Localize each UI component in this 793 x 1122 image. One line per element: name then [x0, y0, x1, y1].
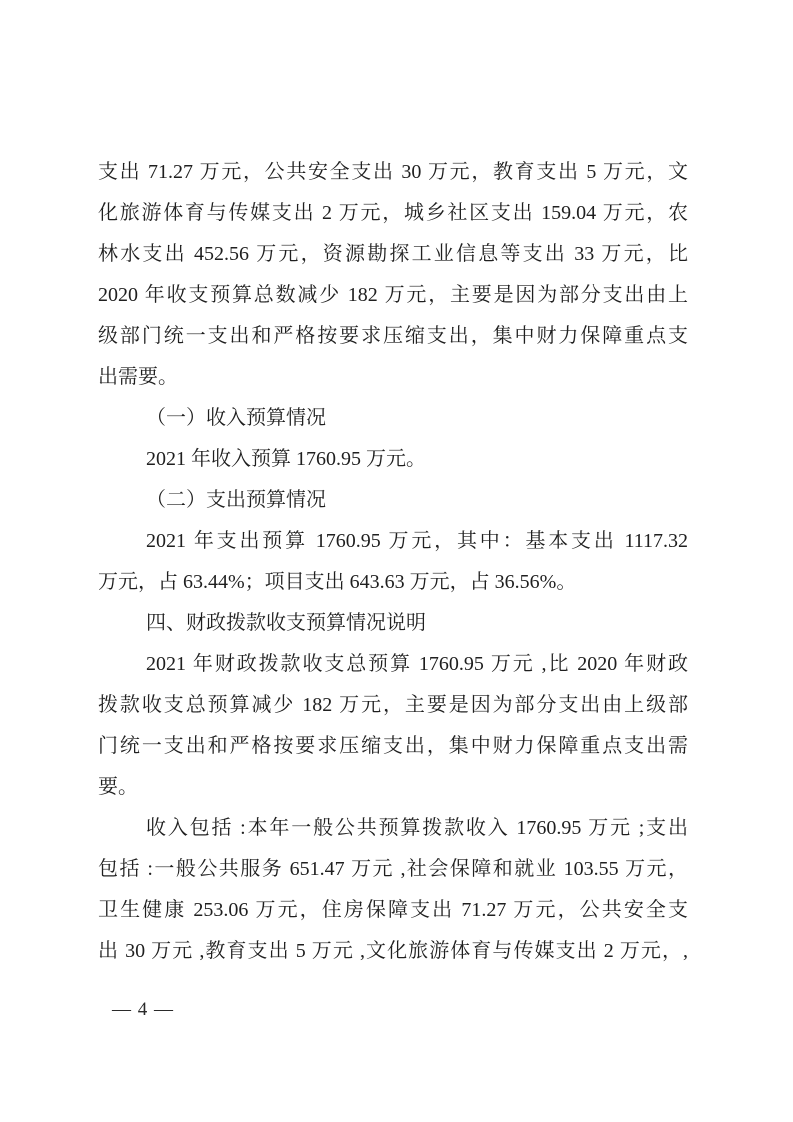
document-line: 2020 年收支预算总数减少 182 万元，主要是因为部分支出由上: [98, 275, 688, 316]
section-heading: （二）支出预算情况: [98, 480, 688, 521]
text-block: 支出 71.27 万元，公共安全支出 30 万元，教育支出 5 万元，文 化旅游…: [98, 152, 688, 972]
document-line: 支出 71.27 万元，公共安全支出 30 万元，教育支出 5 万元，文: [98, 152, 688, 193]
document-line: 2021 年支出预算 1760.95 万元，其中：基本支出 1117.32: [98, 521, 688, 562]
document-line: 卫生健康 253.06 万元，住房保障支出 71.27 万元，公共安全支: [98, 890, 688, 931]
document-line: 要。: [98, 767, 688, 808]
document-line: 收入包括 :本年一般公共预算拨款收入 1760.95 万元 ;支出: [98, 808, 688, 849]
document-line: 万元，占 63.44%；项目支出 643.63 万元，占 36.56%。: [98, 562, 688, 603]
page-number: — 4 —: [98, 995, 188, 1025]
document-line: 拨款收支总预算减少 182 万元，主要是因为部分支出由上级部: [98, 685, 688, 726]
document-line: 门统一支出和严格按要求压缩支出，集中财力保障重点支出需: [98, 726, 688, 767]
document-line: 包括 :一般公共服务 651.47 万元 ,社会保障和就业 103.55 万元，: [98, 849, 688, 890]
section-heading: 四、财政拨款收支预算情况说明: [98, 603, 688, 644]
section-heading: （一）收入预算情况: [98, 398, 688, 439]
document-line: 化旅游体育与传媒支出 2 万元，城乡社区支出 159.04 万元，农: [98, 193, 688, 234]
document-line: 出 30 万元 ,教育支出 5 万元 ,文化旅游体育与传媒支出 2 万元，,: [98, 931, 688, 972]
document-page: 支出 71.27 万元，公共安全支出 30 万元，教育支出 5 万元，文 化旅游…: [0, 0, 793, 1122]
document-line: 2021 年财政拨款收支总预算 1760.95 万元 ,比 2020 年财政: [98, 644, 688, 685]
document-line: 2021 年收入预算 1760.95 万元。: [98, 439, 688, 480]
document-line: 出需要。: [98, 357, 688, 398]
document-line: 林水支出 452.56 万元，资源勘探工业信息等支出 33 万元，比: [98, 234, 688, 275]
document-line: 级部门统一支出和严格按要求压缩支出，集中财力保障重点支: [98, 316, 688, 357]
